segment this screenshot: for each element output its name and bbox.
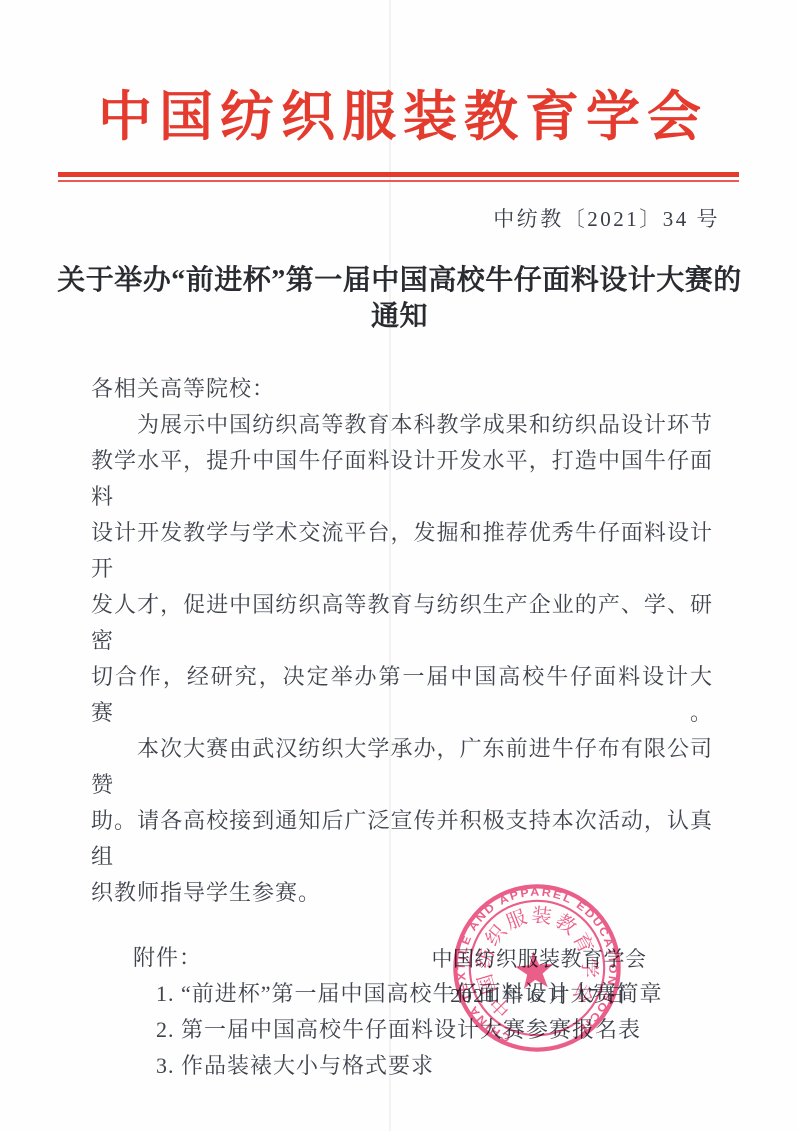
official-seal: CHINA TEXTILE AND APPAREL EDUCATION SOCI…: [446, 877, 627, 1058]
paragraph-line: 教学水平，提升中国牛仔面料设计开发水平，打造中国牛仔面料: [91, 443, 713, 515]
salutation: 各相关高等院校：: [91, 371, 713, 407]
org-name-header: 中国纺织服装教育学会: [0, 74, 799, 151]
doc-title-line2: 通知: [0, 299, 799, 335]
paragraph-line: 织教师指导学生参赛。: [91, 875, 713, 911]
seal-star-icon: [514, 950, 555, 990]
document-page: 中国纺织服装教育学会 中纺教〔2021〕34 号 关于举办“前进杯”第一届中国高…: [0, 0, 799, 1131]
paragraph-line: 发人才，促进中国纺织高等教育与纺织生产企业的产、学、研密: [91, 587, 713, 659]
attachment-item: 3. 作品装裱大小与格式要求: [91, 1048, 778, 1084]
attachment-item: 2. 第一届中国高校牛仔面料设计大赛参赛报名表: [91, 1012, 778, 1048]
paragraph-line: 为展示中国纺织高等教育本科教学成果和纺织品设计环节: [91, 407, 713, 443]
divider-thin-line: [58, 180, 739, 182]
divider-thick-line: [58, 172, 739, 177]
doc-number: 中纺教〔2021〕34 号: [493, 203, 720, 233]
paragraph-line: 助。请各高校接到通知后广泛宣传并积极支持本次活动，认真组: [91, 803, 713, 875]
paragraph-line: 设计开发教学与学术交流平台，发掘和推荐优秀牛仔面料设计开: [91, 515, 713, 587]
doc-title-line1: 关于举办“前进杯”第一届中国高校牛仔面料设计大赛的: [0, 263, 799, 299]
paragraph-line: 本次大赛由武汉纺织大学承办，广东前进牛仔布有限公司赞: [91, 731, 713, 803]
header-divider: [58, 172, 739, 182]
paragraph-line: 切合作，经研究，决定举办第一届中国高校牛仔面料设计大赛。: [91, 659, 713, 731]
doc-title: 关于举办“前进杯”第一届中国高校牛仔面料设计大赛的 通知: [0, 263, 799, 335]
